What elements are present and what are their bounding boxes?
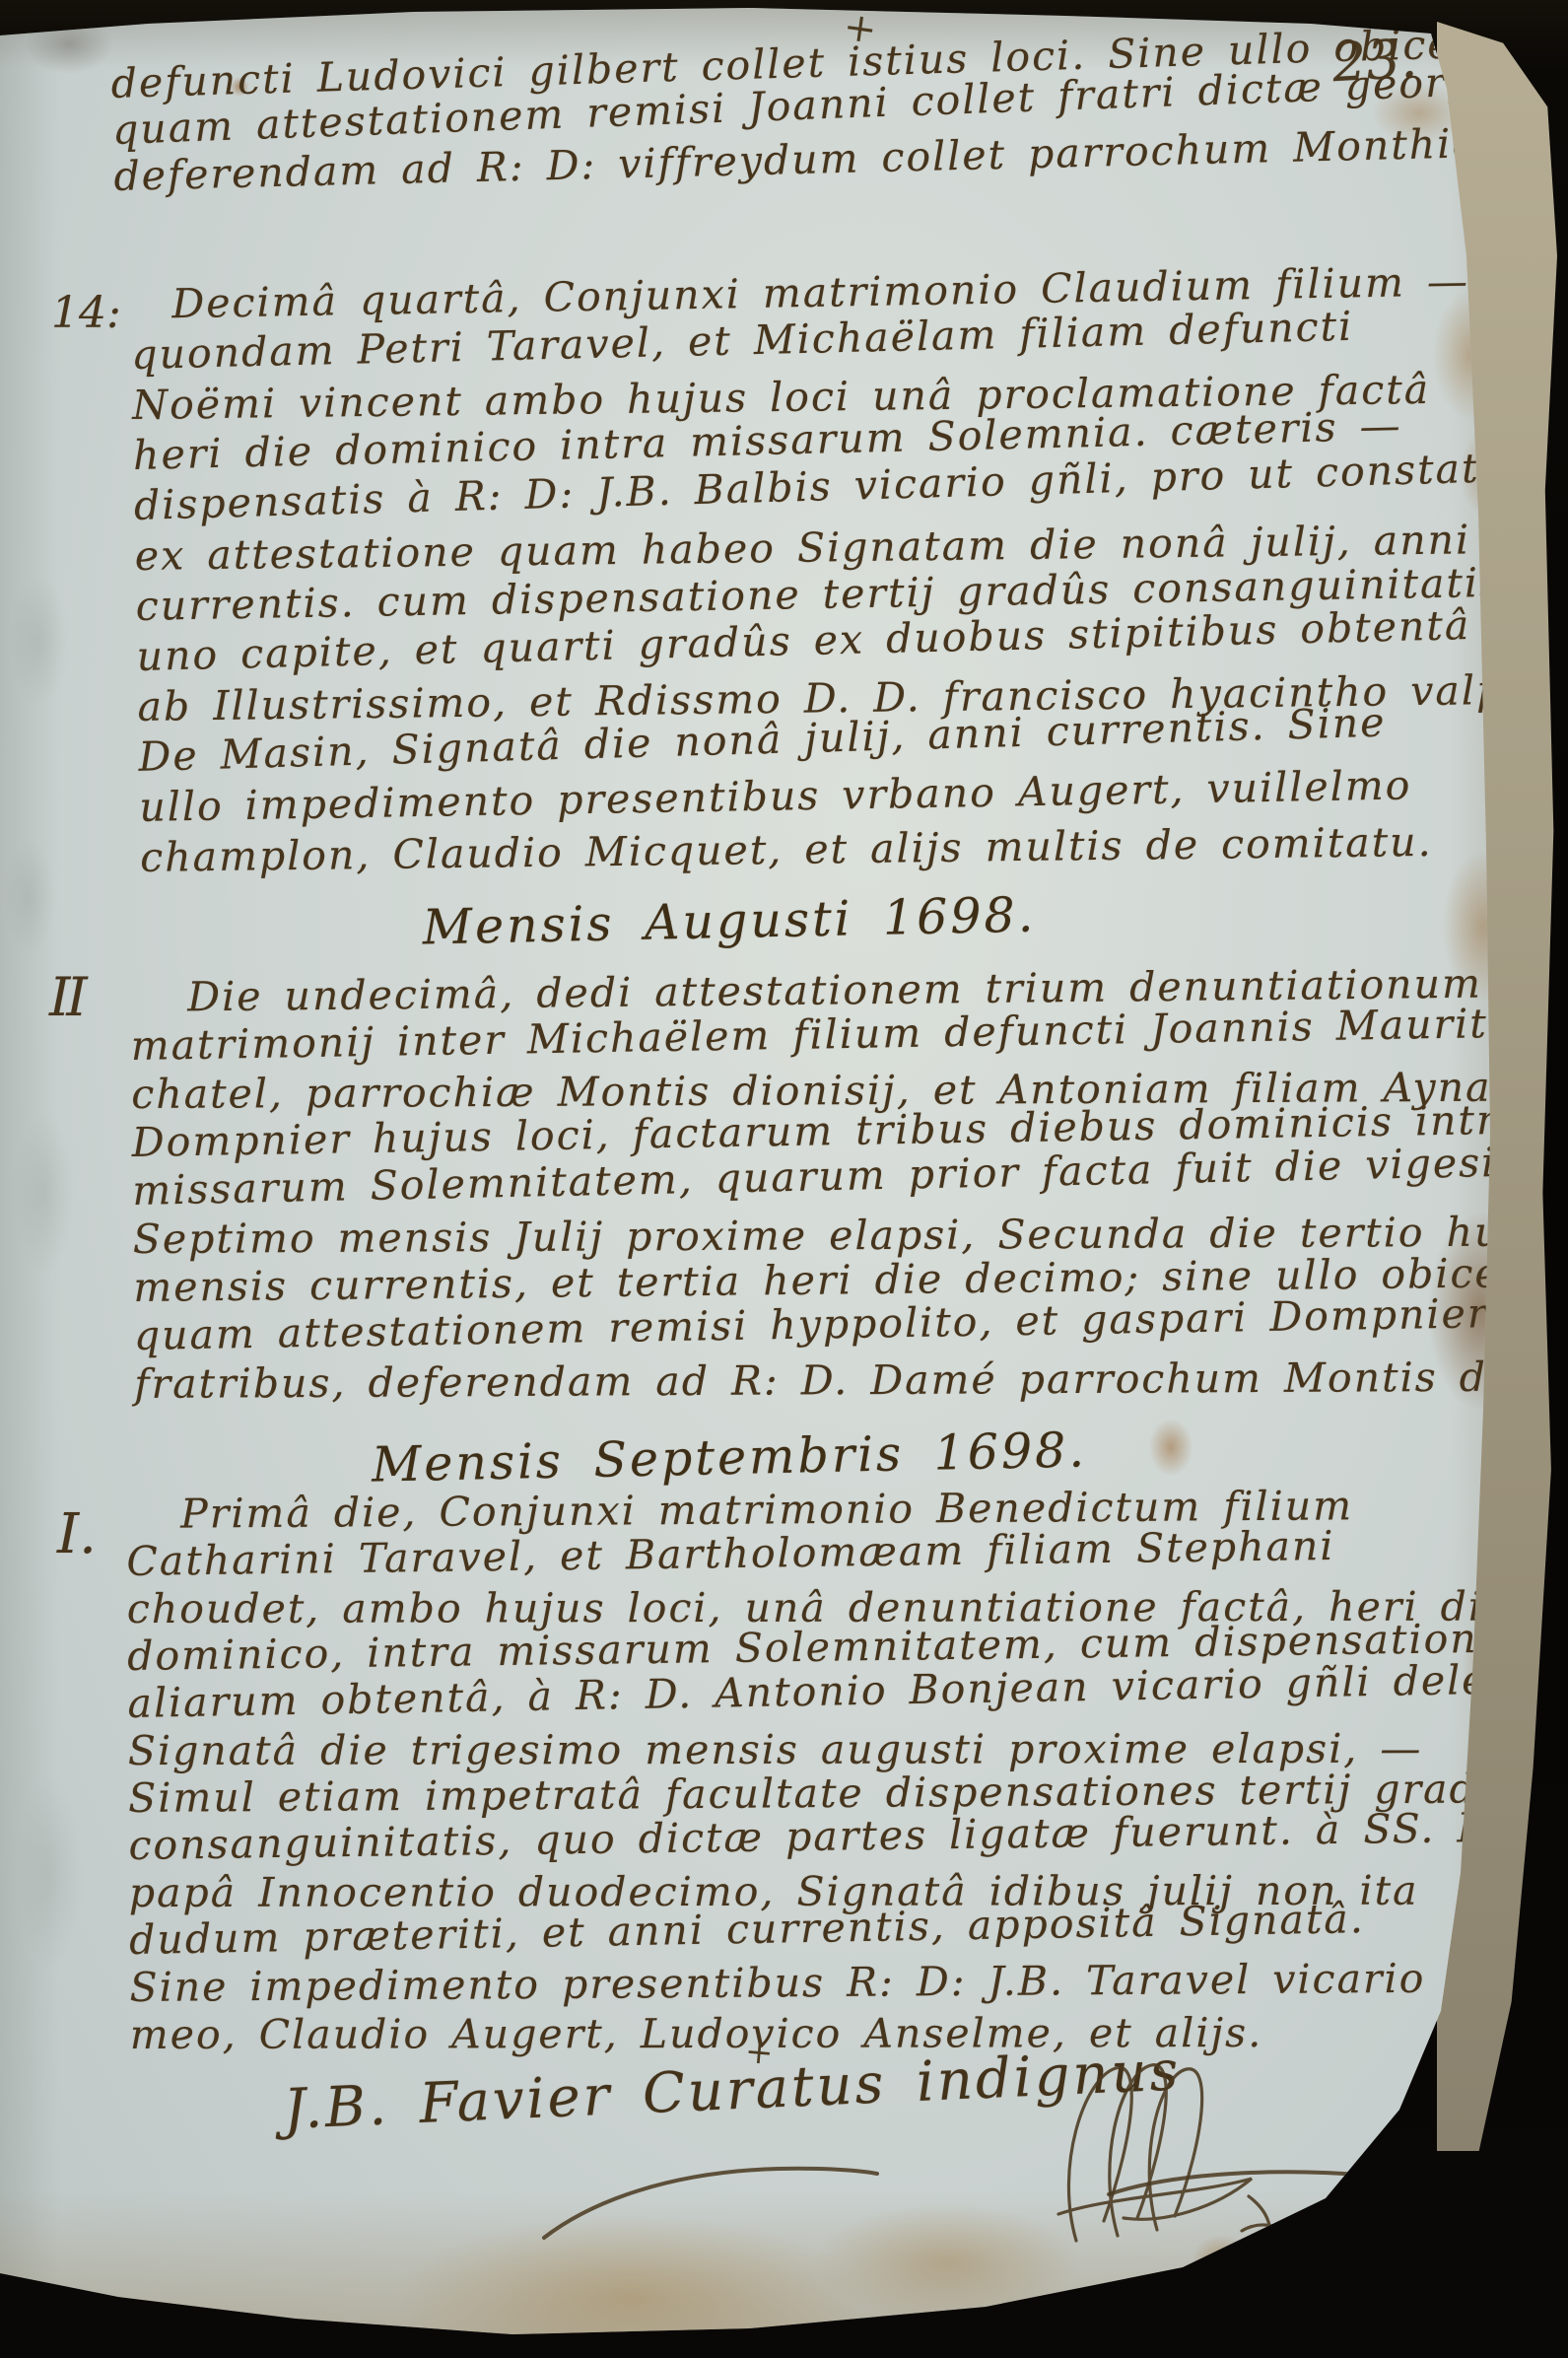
intro-paragraph: defuncti Ludovici gilbert collet istius …	[110, 20, 1514, 200]
entry-2-margin-label: II	[49, 966, 84, 1028]
manuscript-line: meo, Claudio Augert, Ludovico Anselme, e…	[130, 2009, 1530, 2058]
entry-1-paragraph: Primâ die, Conjunxi matrimonio Benedictu…	[126, 1481, 1530, 2058]
entry-2-paragraph: Die undecimâ, dedi attestationem trium d…	[130, 959, 1534, 1409]
heading-mensis-augusti: Mensis Augusti 1698.	[59, 879, 1400, 963]
manuscript-page: + 23. defuncti Ludovici gilbert collet i…	[0, 0, 1568, 2358]
manuscript-line: Sine impedimento presentibus R: D: J.B. …	[129, 1954, 1529, 2011]
manuscript-line: Septimo mensis Julij proxime elapsi, Sec…	[133, 1209, 1533, 1264]
entry-14-paragraph: Decimâ quartâ, Conjunxi matrimonio Claud…	[130, 255, 1539, 883]
manuscript-line: Signatâ die trigesimo mensis augusti pro…	[128, 1725, 1528, 1774]
entry-1-margin-label: I.	[57, 1502, 97, 1566]
entry-14-margin-label: 14:	[51, 288, 121, 338]
manuscript-photo: + 23. defuncti Ludovici gilbert collet i…	[0, 0, 1568, 2358]
signature-underline-strokes	[532, 2147, 1419, 2255]
manuscript-line: fratribus, deferendam ad R: D. Damé parr…	[134, 1353, 1534, 1409]
